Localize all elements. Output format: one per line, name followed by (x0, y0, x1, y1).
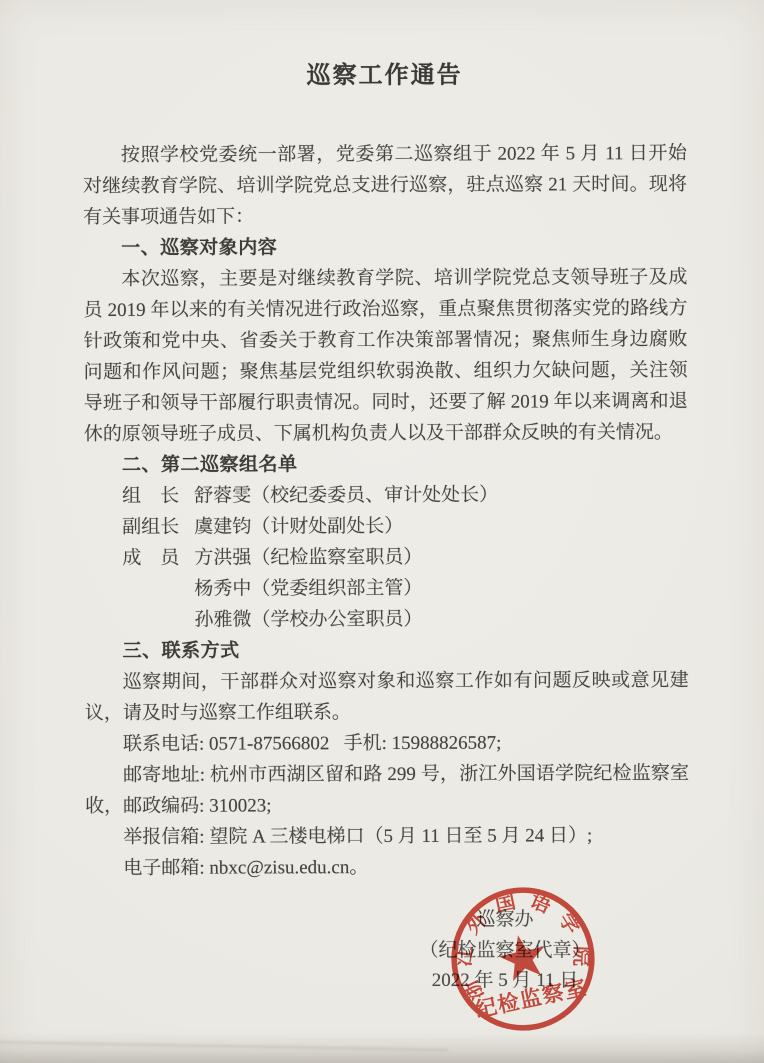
roster-member: 虞建钧（计财处副处长） (194, 516, 403, 538)
inspection-team-roster: 组 长舒蓉雯（校纪委委员、审计处处长） 副组长虞建钧（计财处副处长） 成 员方洪… (84, 479, 689, 636)
official-seal: 浙江外国语学院 纪检监察室 (427, 863, 619, 1055)
section1-body: 本次巡察，主要是对继续教育学院、培训学院党总支领导班子及成员 2019 年以来的… (83, 262, 688, 450)
contact-list: 联系电话: 0571-87566802 手机: 15988826587; 邮寄地… (85, 727, 690, 884)
roster-row: 成 员方洪强（纪检监察室职员） (84, 541, 688, 574)
intro-paragraph: 按照学校党委统一部署，党委第二巡察组于 2022 年 5 月 11 日开始对继续… (83, 138, 687, 233)
roster-role: 组 长 (122, 481, 180, 512)
contact-line: 电子邮箱: nbxc@zisu.edu.cn。 (85, 851, 689, 884)
contact-line: 联系电话: 0571-87566802 手机: 15988826587; (85, 727, 689, 760)
roster-member: 方洪强（纪检监察室职员） (194, 547, 422, 569)
roster-role: 副组长 (122, 512, 180, 543)
roster-member: 孙雅微（学校办公室职员） (194, 609, 422, 631)
roster-row: 杨秀中（党委组织部主管） (84, 572, 688, 605)
page-title: 巡察工作通告 (83, 59, 687, 93)
roster-member: 杨秀中（党委组织部主管） (194, 578, 422, 600)
roster-row: 组 长舒蓉雯（校纪委委员、审计处处长） (84, 479, 688, 512)
section3-body: 巡察期间，干部群众对巡察对象和巡察工作如有问题反映或意见建议，请及时与巡察工作组… (85, 665, 689, 729)
roster-row: 副组长虞建钧（计财处副处长） (84, 510, 688, 543)
section3-heading: 三、联系方式 (85, 634, 689, 667)
seal-dept-text: 纪检监察室 (473, 974, 590, 1022)
notice-document: 巡察工作通告 按照学校党委统一部署，党委第二巡察组于 2022 年 5 月 11… (83, 59, 690, 884)
roster-row: 孙雅微（学校办公室职员） (84, 603, 688, 636)
section1-heading: 一、巡察对象内容 (83, 231, 687, 264)
roster-role: 成 员 (122, 543, 180, 574)
seal-star-icon (495, 930, 549, 983)
section2-heading: 二、第二巡察组名单 (84, 448, 688, 481)
scanned-notice-page: 巡察工作通告 按照学校党委统一部署，党委第二巡察组于 2022 年 5 月 11… (0, 0, 764, 1063)
contact-line: 举报信箱: 望院 A 三楼电梯口（5 月 11 日至 5 月 24 日）; (85, 820, 689, 853)
contact-line: 邮寄地址: 杭州市西湖区留和路 299 号，浙江外国语学院纪检监察室收，邮政编码… (85, 758, 689, 822)
roster-member: 舒蓉雯（校纪委委员、审计处处长） (194, 485, 498, 507)
